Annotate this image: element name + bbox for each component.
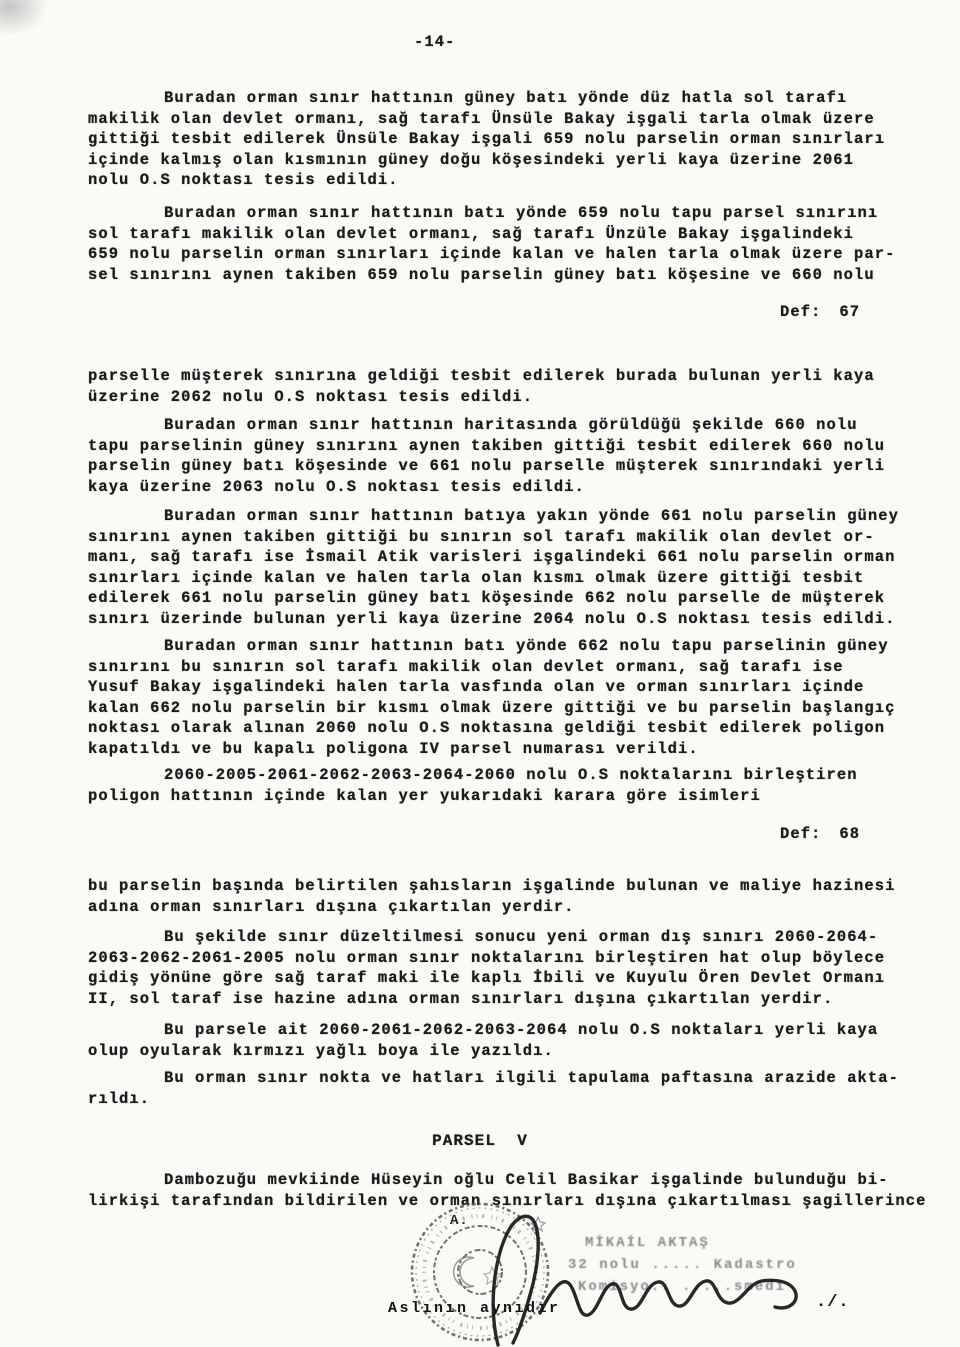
def-label: Def: [780, 303, 821, 321]
def-value: 68 [839, 825, 860, 843]
signature [493, 1216, 796, 1345]
stamp-zone: MİKAİL AKTAŞ 32 nolu ..... Kadastro Komi… [370, 1195, 850, 1347]
paragraph-1: Buradan orman sınır hattının güney batı … [88, 88, 934, 191]
document-page: -14- Buradan orman sınır hattının güney … [0, 0, 960, 1347]
scan-smudge [0, 0, 46, 34]
paragraph-9: Bu şekilde sınır düzeltilmesi sonucu yen… [88, 927, 934, 1009]
continuation-mark: ./. [816, 1293, 850, 1312]
paragraph-7: 2060-2005-2061-2062-2063-2064-2060 nolu … [88, 765, 934, 806]
paragraph-5: Buradan orman sınır hattının batıya yakı… [88, 506, 934, 630]
paragraph-4: Buradan orman sınır hattının haritasında… [88, 415, 934, 497]
section-heading-parsel-v: PARSEL V [0, 1131, 960, 1152]
certified-copy-note: Aslının aynıdır [388, 1300, 561, 1317]
paragraph-3: parselle müşterek sınırına geldiği tesbi… [88, 366, 934, 407]
def-label: Def: [780, 825, 821, 843]
paragraph-10: Bu parsele ait 2060-2061-2062-2063-2064 … [88, 1020, 934, 1061]
margin-note-def-68: Def:68 [780, 824, 860, 845]
paragraph-2: Buradan orman sınır hattının batı yönde … [88, 203, 934, 285]
paragraph-8: bu parselin başında belirtilen şahısları… [88, 876, 934, 917]
official-seal [370, 1195, 850, 1347]
margin-note-def-67: Def:67 [780, 302, 860, 323]
def-value: 67 [839, 303, 860, 321]
paragraph-6: Buradan orman sınır hattının batı yönde … [88, 636, 934, 760]
page-number: -14- [414, 32, 455, 53]
paragraph-11: Bu orman sınır nokta ve hatları ilgili t… [88, 1068, 934, 1109]
